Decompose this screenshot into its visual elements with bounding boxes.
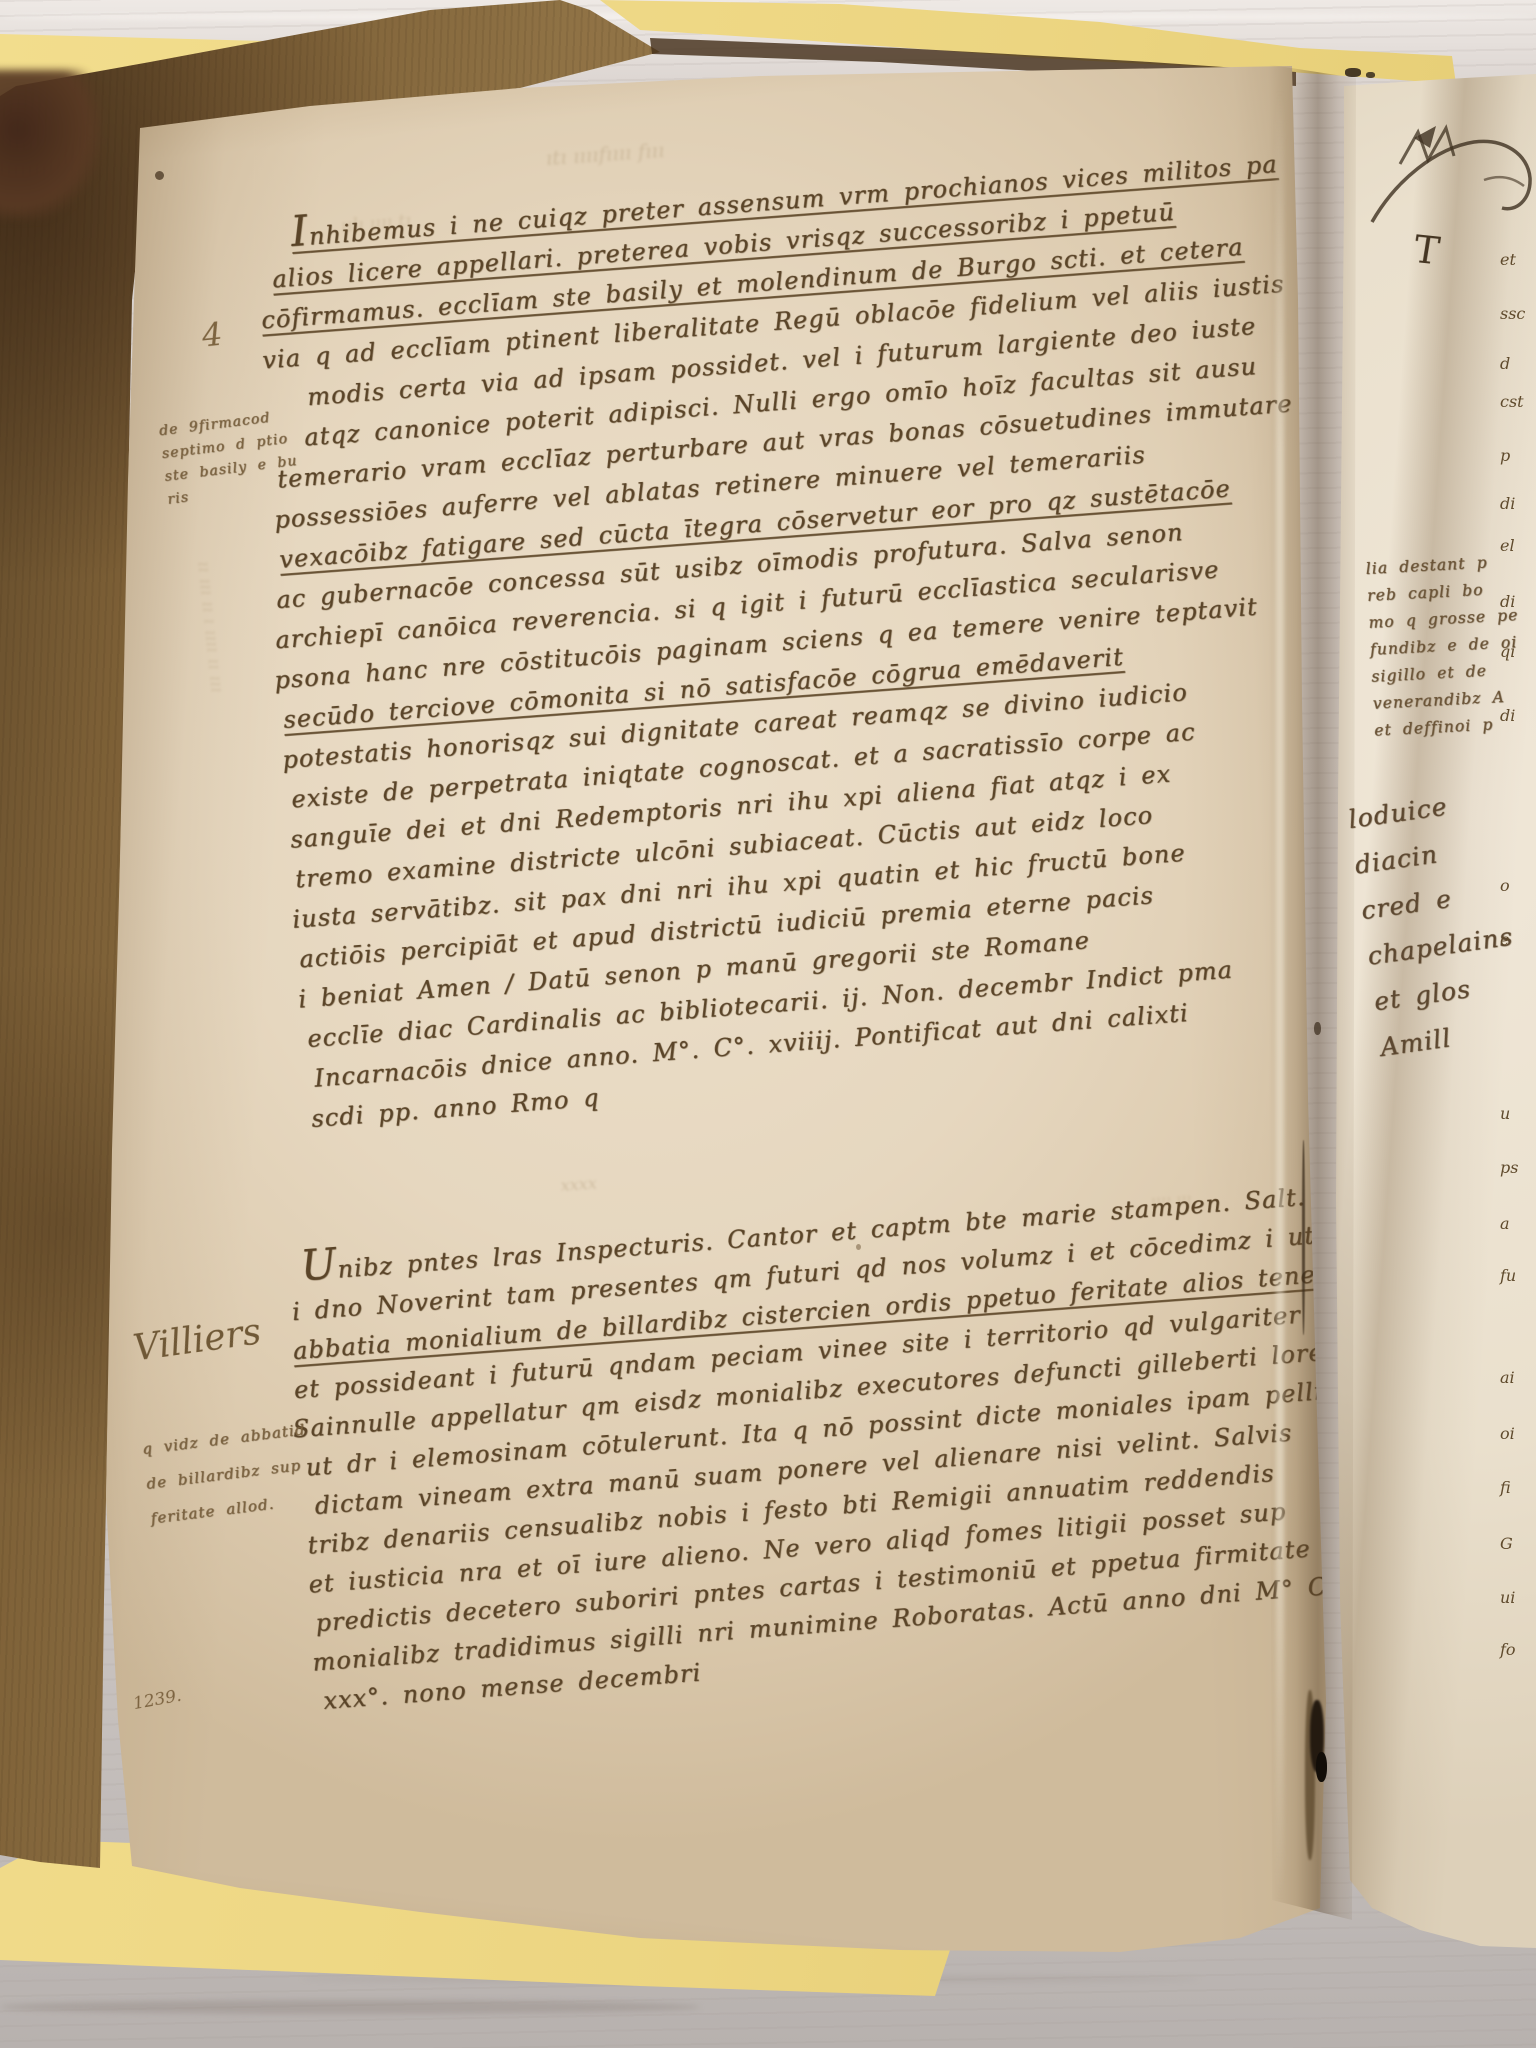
edge-fragment: a	[1500, 1214, 1510, 1233]
gutter-nick	[1314, 1022, 1321, 1035]
wood-grain-streak	[0, 2000, 700, 2014]
edge-fragment: di	[1500, 494, 1515, 513]
cover-dark-corner	[0, 70, 102, 220]
edge-fragment: o	[1500, 876, 1510, 895]
edge-fragment: fo	[1500, 1640, 1516, 1659]
edge-fragment: d	[1500, 354, 1510, 373]
right-page-cursive-block: loduicediacincred echapelainset glosAmil…	[1346, 777, 1530, 1071]
edge-fragment: el	[1500, 536, 1515, 555]
edge-fragment: ps	[1500, 1158, 1518, 1177]
edge-fragment: di	[1500, 706, 1515, 725]
page-edge-speck	[1345, 68, 1361, 77]
margin-note-villiers: Villiers	[131, 1311, 264, 1369]
edge-fragment: ssc	[1500, 304, 1525, 323]
edge-fragment: u	[1500, 1104, 1510, 1123]
edge-fragment: fu	[1500, 1266, 1516, 1285]
margin-note-mid: q vidz de abbatidde billardibz supferita…	[140, 1412, 316, 1536]
edge-fragment: ui	[1500, 1588, 1515, 1607]
bleed-through-text: ıııı ııı	[1150, 1189, 1192, 1211]
edge-fragment: qi	[1500, 642, 1515, 661]
gutter-tear-hole	[1316, 1752, 1327, 1782]
edge-fragment: p	[1500, 446, 1510, 465]
edge-fragment: fi	[1500, 1478, 1511, 1497]
edge-fragment: et	[1500, 250, 1516, 269]
page-edge-speck	[1366, 72, 1375, 78]
paragraph-1: Inhibemus i ne cuiqz preter assensum vrm…	[238, 140, 1404, 1140]
edge-fragment: e	[1500, 930, 1509, 949]
edge-fragment: cst	[1500, 392, 1524, 411]
pen-flourish-icon	[1366, 120, 1536, 250]
margin-note-top: de 9firmacodseptimo d ptioste basily e b…	[158, 404, 302, 512]
edge-fragment: G	[1500, 1534, 1513, 1553]
t-mark: T	[1413, 226, 1440, 273]
page-crease-highlight	[1276, 90, 1284, 1900]
gutter-crack	[1302, 1140, 1305, 1335]
bleed-through-text: ıtı ııııfıııı fııı	[545, 138, 665, 170]
edge-fragment: ai	[1500, 1368, 1515, 1387]
edge-fragment: oi	[1500, 1424, 1515, 1443]
paragraph-2: Unibz pntes lras Inspecturis. Cantor et …	[240, 1176, 1372, 1725]
bleed-through-text: ıı ııı ıı ı ıııı ıı ııı	[193, 560, 228, 694]
pinhole-speck	[155, 171, 164, 180]
margin-note-year: 1239.	[132, 1686, 183, 1714]
manuscript-photo: Inhibemus i ne cuiqz preter assensum vrm…	[0, 0, 1536, 2048]
bleed-through-text: xxxx	[560, 1173, 597, 1194]
collation-mark: 4	[200, 315, 224, 355]
edge-fragment: di	[1500, 592, 1515, 611]
